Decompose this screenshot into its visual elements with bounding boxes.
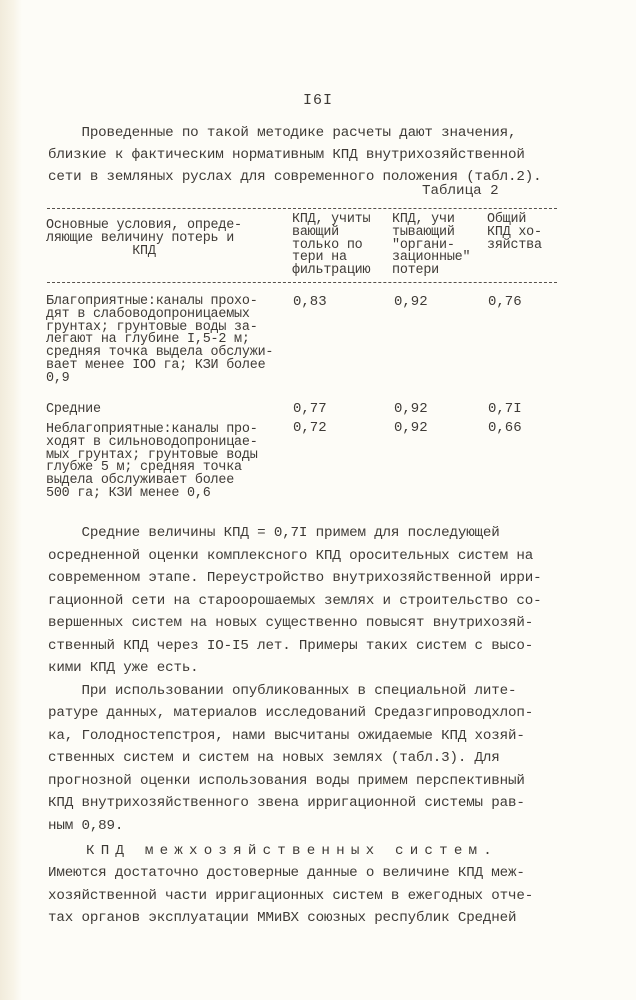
table-cell-kpd-total: 0,66 (488, 420, 522, 436)
body-line: кими КПД уже есть. (48, 657, 618, 680)
body-line: При использовании опубликованных в специ… (48, 680, 618, 703)
table-cell-kpd-organizational: 0,92 (394, 420, 428, 436)
body-line: тах органов эксплуатации ММиВХ союзных р… (48, 907, 618, 930)
table-header-rule (47, 282, 557, 283)
page-edge-shadow (0, 0, 22, 1000)
body-line: КПД внутрихозяйственного звена ирригацио… (48, 792, 618, 815)
table-header-conditions: Основные условия, опреде- ляющие величин… (46, 220, 242, 258)
intro-line: Проведенные по такой методике расчеты да… (48, 122, 618, 145)
body-line: Средние величины КПД = 0,7I примем для п… (48, 522, 618, 545)
table-top-rule (47, 208, 557, 209)
table-cell-kpd-total: 0,76 (488, 294, 522, 310)
table-label: Таблица 2 (422, 183, 499, 199)
body-line: Имеются достаточно достоверные данные о … (48, 862, 618, 885)
table-header-kpd-total: Общий КПД хо- зяйства (487, 214, 542, 252)
intro-line: близкие к фактическим нормативным КПД вн… (48, 144, 618, 167)
body-line: ратуре данных, материалов исследований С… (48, 702, 618, 725)
table-row-condition: Средние (46, 404, 101, 417)
page-number: I6I (0, 92, 636, 109)
table-cell-kpd-total: 0,7I (488, 401, 522, 417)
body-line: современном этапе. Переустройство внутри… (48, 567, 618, 590)
table-header-kpd-organizational: КПД, учи тывающий "органи- зационные" по… (392, 214, 470, 278)
table-row-condition: Благоприятные:каналы прохо- дят в слабов… (46, 296, 273, 386)
table-cell-kpd-filtration: 0,83 (293, 294, 327, 310)
body-line: ным 0,89. (48, 815, 618, 838)
table-cell-kpd-organizational: 0,92 (394, 294, 428, 310)
table-cell-kpd-filtration: 0,72 (293, 420, 327, 436)
body-line: гационной сети на староорошаемых землях … (48, 590, 618, 613)
body-line: хозяйственной части ирригационных систем… (48, 885, 618, 908)
table-row-condition: Неблагоприятные:каналы про- ходят в силь… (46, 424, 258, 501)
body-line: ка, Голодностепстроя, нами высчитаны ожи… (48, 725, 618, 748)
body-line: прогнозной оценки использования воды при… (48, 770, 618, 793)
body-line: ственный КПД через IO-I5 лет. Примеры та… (48, 635, 618, 658)
body-line: осредненной оценки комплексного КПД орос… (48, 545, 618, 568)
table-cell-kpd-organizational: 0,92 (394, 401, 428, 417)
table-header-kpd-filtration: КПД, учиты вающий только по тери на филь… (292, 214, 370, 278)
intro-line: сети в земляных руслах для современного … (48, 166, 618, 189)
table-cell-kpd-filtration: 0,77 (293, 401, 327, 417)
section-heading: КПД межхозяйственных систем. (86, 840, 636, 863)
body-line: вершенных систем на новых существенно по… (48, 612, 618, 635)
body-line: ственных систем и систем на новых землях… (48, 747, 618, 770)
